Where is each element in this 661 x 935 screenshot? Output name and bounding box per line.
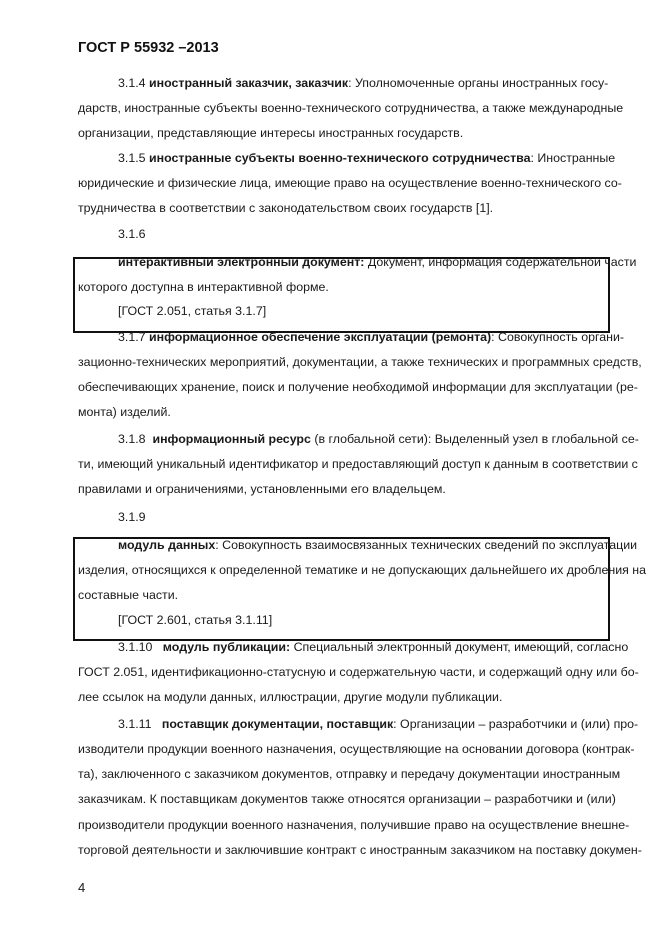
definition-text: : Иностранные [531, 151, 616, 165]
definition-line: производители продукции военного назначе… [78, 817, 602, 833]
definition-line: лее ссылок на модули данных, иллюстрации… [78, 689, 602, 705]
source-reference: [ГОСТ 2.051, статья 3.1.7] [118, 303, 602, 319]
definition-line: обеспечивающих хранение, поиск и получен… [78, 379, 602, 395]
term-name: информационное обеспечение эксплуатации … [149, 330, 491, 344]
definition-text: : Уполномоченные органы иностранных госу… [348, 76, 608, 90]
definition-line: которого доступна в интерактивной форме. [78, 279, 602, 295]
term-name: поставщик документации, поставщик [162, 717, 393, 731]
term-3-1-6: интерактивный электронный документ: Доку… [118, 254, 602, 270]
term-number: 3.1.8 [118, 432, 146, 446]
term-name: иностранные субъекты военно-технического… [149, 151, 531, 165]
source-reference: [ГОСТ 2.601, статья 3.1.11] [118, 612, 602, 628]
term-3-1-10: 3.1.10 модуль публикации: Специальный эл… [118, 639, 602, 655]
term-3-1-8: 3.1.8 информационный ресурс (в глобально… [118, 431, 602, 447]
term-number: 3.1.11 [118, 717, 152, 731]
definition-line: монта) изделий. [78, 404, 602, 420]
definition-line: торговой деятельности и заключившие конт… [78, 842, 602, 858]
definition-line: юридические и физические лица, имеющие п… [78, 175, 602, 191]
term-3-1-5: 3.1.5 иностранные субъекты военно-технич… [118, 150, 602, 166]
definition-line: ти, имеющий уникальный идентификатор и п… [78, 456, 602, 472]
definition-line: та), заключенного с заказчиком документо… [78, 766, 602, 782]
definition-text: Специальный электронный документ, имеющи… [290, 640, 628, 654]
term-3-1-4: 3.1.4 иностранный заказчик, заказчик: Уп… [118, 75, 602, 91]
term-number: 3.1.7 [118, 330, 146, 344]
term-name: иностранный заказчик, заказчик [149, 76, 348, 90]
term-number: 3.1.10 [118, 640, 152, 654]
definition-line: заказчикам. К поставщикам документов так… [78, 791, 602, 807]
definition-line: составные части. [78, 587, 602, 603]
definition-line: изделия, относящихся к определенной тема… [78, 562, 602, 578]
definition-line: ГОСТ 2.051, идентификационно-статусную и… [78, 664, 602, 680]
term-3-1-7: 3.1.7 информационное обеспечение эксплуа… [118, 329, 602, 345]
term-3-1-9: модуль данных: Совокупность взаимосвязан… [118, 537, 602, 553]
term-name: интерактивный электронный документ: [118, 255, 364, 269]
definition-line: изводители продукции военного назначения… [78, 741, 602, 757]
definition-line: зационно-технических мероприятий, докуме… [78, 354, 602, 370]
term-number-3-1-6: 3.1.6 [118, 226, 602, 242]
term-name: модуль публикации: [163, 640, 290, 654]
definition-text: : Совокупность органи- [491, 330, 624, 344]
definition-text: : Совокупность взаимосвязанных техническ… [215, 538, 637, 552]
term-number: 3.1.4 [118, 76, 146, 90]
definition-line: дарств, иностранные субъекты военно-техн… [78, 100, 602, 116]
term-number-3-1-9: 3.1.9 [118, 509, 602, 525]
definition-text: Документ, информация содержательной част… [364, 255, 636, 269]
page-number: 4 [78, 880, 85, 895]
term-3-1-11: 3.1.11 поставщик документации, поставщик… [118, 716, 602, 732]
definition-line: организации, представляющие интересы ино… [78, 125, 602, 141]
document-header: ГОСТ Р 55932 –2013 [78, 40, 219, 56]
term-name: модуль данных [118, 538, 215, 552]
definition-line: трудничества в соответствии с законодате… [78, 200, 602, 216]
term-number: 3.1.5 [118, 151, 146, 165]
definition-line: правилами и ограничениями, установленным… [78, 481, 602, 497]
definition-text: : Организации – разработчики и (или) про… [393, 717, 638, 731]
term-name: информационный ресурс [152, 432, 310, 446]
definition-text: (в глобальной сети): Выделенный узел в г… [311, 432, 639, 446]
